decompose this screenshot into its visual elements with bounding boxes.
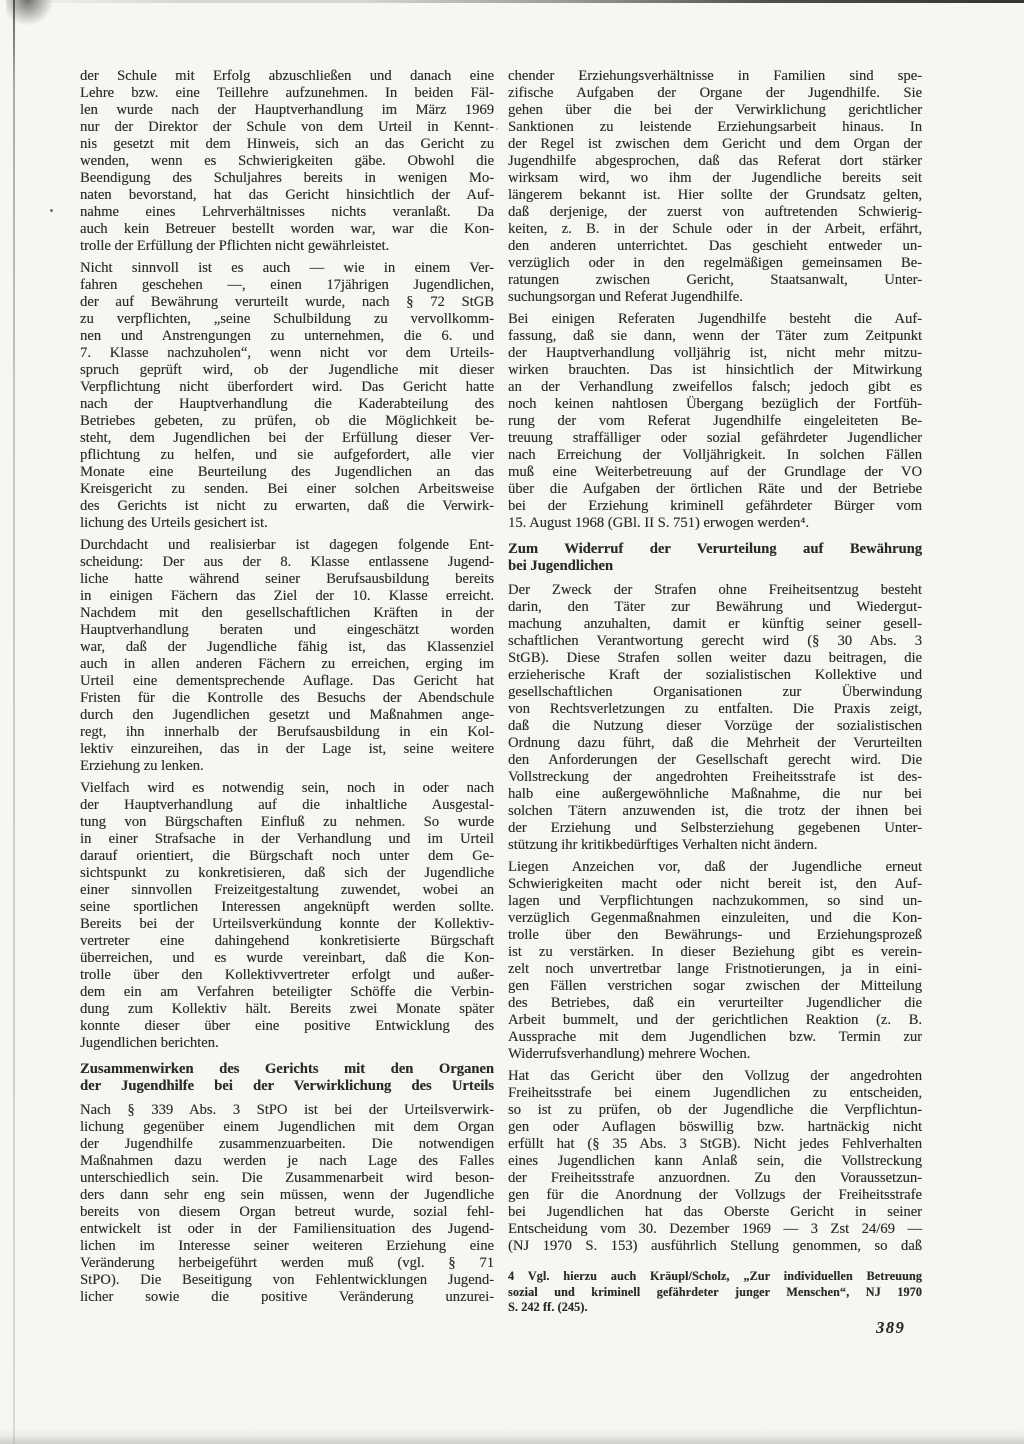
text-line: Nicht sinnvoll ist es auch — wie in eine… xyxy=(80,260,494,277)
text-line: Nach § 339 Abs. 3 StPO ist bei der Urtei… xyxy=(80,1102,494,1119)
text-line: der Erziehung und Selbsterziehung gegebe… xyxy=(508,820,922,837)
text-line: eines Jugendlichen kann Anlaß sein, die … xyxy=(508,1153,922,1170)
text-line: verzüglich Gegenmaßnahmen einzuleiten, u… xyxy=(508,910,922,927)
text-line: steht, dem Jugendlichen bei der Erfüllun… xyxy=(80,430,494,447)
text-line: der Jugendhilfe bei der Verwirklichung d… xyxy=(80,1078,494,1095)
scan-page: der Schule mit Erfolg abzuschließen und … xyxy=(0,0,1024,1444)
text-line: der Jugendhilfe zusammenzuarbeiten. Die … xyxy=(80,1136,494,1153)
text-line: lichung des Urteils gesichert ist. xyxy=(80,515,494,532)
text-line: in einigen Fächern das Ziel der 10. Klas… xyxy=(80,588,494,605)
text-line: licher sowie die positive Veränderung un… xyxy=(80,1289,494,1306)
text-line: verzüglich oder in den regelmäßigen geme… xyxy=(508,255,922,272)
text-line: stützung ihr kritikbedürftiges Verhalten… xyxy=(508,837,922,854)
paragraph: Der Zweck der Strafen ohne Freiheitsentz… xyxy=(508,582,922,854)
scan-speck xyxy=(50,209,53,212)
text-line: über die Aufgaben der örtlichen Räte und… xyxy=(508,481,922,498)
scan-speck xyxy=(496,128,498,130)
text-line: Bereits bei der Urteilsverkündung konnte… xyxy=(80,916,494,933)
text-line: nach der Hauptverhandlung die Kaderabtei… xyxy=(80,396,494,413)
text-line: nis gesetzt mit dem Hinweis, sich an das… xyxy=(80,136,494,153)
text-line: fahren geschehen —, einen 17jährigen Jug… xyxy=(80,277,494,294)
scan-corner-smudge xyxy=(6,0,54,26)
text-line: keiten, z. B. in der Schule oder in der … xyxy=(508,221,922,238)
text-line: bei Jugendlichen hat das Oberste Gericht… xyxy=(508,1204,922,1221)
paragraph: der Schule mit Erfolg abzuschließen und … xyxy=(80,68,494,255)
paragraph: Liegen Anzeichen vor, daß der Jugendlich… xyxy=(508,859,922,1063)
text-line: der Regel ist zwischen dem Gericht und d… xyxy=(508,136,922,153)
text-line: Betriebes gebeten, zu prüfen, ob die Mög… xyxy=(80,413,494,430)
text-line: wenden, wenn es Schwierigkeiten gäbe. Ob… xyxy=(80,153,494,170)
text-line: StGB). Diese Strafen sollen weiter dazu … xyxy=(508,650,922,667)
text-line: (NJ 1970 S. 153) ausführlich Stellung ge… xyxy=(508,1238,922,1255)
text-line: trolle der Erfüllung der Pflichten nicht… xyxy=(80,238,494,255)
text-line: der Schule mit Erfolg abzuschließen und … xyxy=(80,68,494,85)
text-line: der Hauptverhandlung volljährig ist, nic… xyxy=(508,345,922,362)
paragraph: chender Erziehungsverhältnisse in Famili… xyxy=(508,68,922,306)
text-line: unterschiedlich sein. Die Zusammenarbeit… xyxy=(80,1170,494,1187)
text-line: daß die Nutzung dieser Vorzüge der sozia… xyxy=(508,718,922,735)
text-line: bei Jugendlichen xyxy=(508,558,922,575)
text-line: der Hauptverhandlung auf die inhaltliche… xyxy=(80,797,494,814)
text-line: nach Erreichung der Volljährigkeit. In s… xyxy=(508,447,922,464)
text-line: den anderen unterrichtet. Das geschieht … xyxy=(508,238,922,255)
paragraph: Bei einigen Referaten Jugendhilfe besteh… xyxy=(508,311,922,532)
text-line: nur der Direktor der Schule von dem Urte… xyxy=(80,119,494,136)
text-line: Zusammenwirken des Gerichts mit den Orga… xyxy=(80,1061,494,1078)
text-line: Vielfach wird es notwendig sein, noch in… xyxy=(80,780,494,797)
text-line: treuung straffälliger oder sozial gefähr… xyxy=(508,430,922,447)
text-line: Veränderung herbeigeführt werden muß (vg… xyxy=(80,1255,494,1272)
text-line: zelt noch unvertretbar lange Fristnotier… xyxy=(508,961,922,978)
text-line: ratungen zwischen Gericht, Staatsanwalt,… xyxy=(508,272,922,289)
text-line: auch in allen anderen Fächern zu erreich… xyxy=(80,656,494,673)
text-line: des Betriebes, daß ein verurteilter Juge… xyxy=(508,995,922,1012)
text-line: lektiv einzureihen, das in der Lage ist,… xyxy=(80,741,494,758)
text-line: 15. August 1968 (GBl. II S. 751) erwogen… xyxy=(508,515,922,532)
text-line: lagen und Verpflichtungen nachzukommen, … xyxy=(508,893,922,910)
text-line: Verpflichtung nicht überfordert wird. Da… xyxy=(80,379,494,396)
text-line: pflichtung zu helfen, und sie aufgeforde… xyxy=(80,447,494,464)
page-number: 389 xyxy=(876,1318,905,1338)
text-line: so ist zu prüfen, ob der Jugendliche die… xyxy=(508,1102,922,1119)
text-line: Schwierigkeiten macht oder nicht bereit … xyxy=(508,876,922,893)
text-line: des Gerichts ist nicht zu erwarten, daß … xyxy=(80,498,494,515)
text-line: dung zum Kollektiv hält. Bereits zwei Mo… xyxy=(80,1001,494,1018)
text-line: lichen im Interesse seiner weiteren Erzi… xyxy=(80,1238,494,1255)
text-line: StPO). Die Beseitigung von Fehlentwicklu… xyxy=(80,1272,494,1289)
text-line: gesellschaftlichen Organisationen zur Üb… xyxy=(508,684,922,701)
text-line: der auf Bewährung verurteilt wurde, nach… xyxy=(80,294,494,311)
text-line: len wurde nach der Hauptverhandlung im M… xyxy=(80,102,494,119)
text-line: noch keinen nahtlosen Übergang bezüglich… xyxy=(508,396,922,413)
text-line: entwickelt ist oder in der Familiensitua… xyxy=(80,1221,494,1238)
text-line: nahme eines Lehrverhältnisses nichts ver… xyxy=(80,204,494,221)
text-line: 7. Klasse nachzuholen“, wenn nicht vor d… xyxy=(80,345,494,362)
text-line: S. 242 ff. (245). xyxy=(508,1300,922,1316)
text-line: 4 Vgl. hierzu auch Kräupl/Scholz, „Zur i… xyxy=(508,1269,922,1285)
text-line: Ordnung dazu führt, daß die Mehrheit der… xyxy=(508,735,922,752)
scan-left-edge-artifact xyxy=(13,0,15,1444)
text-line: Vollstreckung der angedrohten Freiheitss… xyxy=(508,769,922,786)
text-line: Bei einigen Referaten Jugendhilfe besteh… xyxy=(508,311,922,328)
text-line: nen und Anstrengungen zu unternehmen, di… xyxy=(80,328,494,345)
section-heading: Zum Widerruf der Verurteilung auf Bewähr… xyxy=(508,541,922,575)
text-line: lichung gegenüber einem Jugendlichen mit… xyxy=(80,1119,494,1136)
text-line: fassung, daß sie dann, wenn der Täter zu… xyxy=(508,328,922,345)
text-line: darauf orientiert, die Bürgschaft noch u… xyxy=(80,848,494,865)
text-line: regt, ihn innerhalb der Berufsausbildung… xyxy=(80,724,494,741)
text-line: an der Verhandlung zweifellos falsch; je… xyxy=(508,379,922,396)
text-line: Arbeit bummelt, und der gerichtlichen Re… xyxy=(508,1012,922,1029)
text-line: zu verpflichten, „seine Schulbildung zu … xyxy=(80,311,494,328)
footnote: 4 Vgl. hierzu auch Kräupl/Scholz, „Zur i… xyxy=(508,1269,922,1316)
text-line: Der Zweck der Strafen ohne Freiheitsentz… xyxy=(508,582,922,599)
paragraph: Nicht sinnvoll ist es auch — wie in eine… xyxy=(80,260,494,532)
text-line: durch den Jugendlichen gesetzt und Maßna… xyxy=(80,707,494,724)
column-left: der Schule mit Erfolg abzuschließen und … xyxy=(80,68,494,1311)
paragraph: Durchdacht und realisierbar ist dagegen … xyxy=(80,537,494,775)
text-line: seine sportlichen Interessen angeknüpft … xyxy=(80,899,494,916)
text-line: Hauptverhandlung beraten und eingeschätz… xyxy=(80,622,494,639)
scan-top-edge-artifact xyxy=(0,0,1024,3)
text-line: Zum Widerruf der Verurteilung auf Bewähr… xyxy=(508,541,922,558)
text-line: einer sinnvollen Freizeitgestaltung zuwe… xyxy=(80,882,494,899)
text-line: Erziehung zu lenken. xyxy=(80,758,494,775)
text-line: schaftlichen Verantwortung gerecht wird … xyxy=(508,633,922,650)
text-line: suchungsorgan und Referat Jugendhilfe. xyxy=(508,289,922,306)
text-line: Jugendhilfe abgesprochen, daß das Refera… xyxy=(508,153,922,170)
paragraph: Nach § 339 Abs. 3 StPO ist bei der Urtei… xyxy=(80,1102,494,1306)
text-line: trolle über den Kollektivvertreter erfol… xyxy=(80,967,494,984)
section-heading: Zusammenwirken des Gerichts mit den Orga… xyxy=(80,1061,494,1095)
text-line: daß derjenige, der zuerst von auftretend… xyxy=(508,204,922,221)
text-line: vertreter eine dahingehend konkretisiert… xyxy=(80,933,494,950)
text-line: Durchdacht und realisierbar ist dagegen … xyxy=(80,537,494,554)
text-line: muß eine Weiterbetreuung auf der Grundla… xyxy=(508,464,922,481)
text-line: darin, den Täter zur Bewährung und Wiede… xyxy=(508,599,922,616)
text-line: sozial und kriminell gefährdeter junger … xyxy=(508,1285,922,1301)
text-line: Aussprache mit dem Jugendlichen bzw. Ter… xyxy=(508,1029,922,1046)
text-line: den Anforderungen der Gesellschaft gerec… xyxy=(508,752,922,769)
text-line: machung anzuhalten, damit er künftig sei… xyxy=(508,616,922,633)
text-line: Hat das Gericht über den Vollzug der ang… xyxy=(508,1068,922,1085)
text-line: gen für die Anordnung der Vollzugs der F… xyxy=(508,1187,922,1204)
text-line: erzieherische Kraft der sozialistischen … xyxy=(508,667,922,684)
text-line: solchen Tätern anzuwenden ist, die trotz… xyxy=(508,803,922,820)
text-line: wirken brauchten. Das ist hinsichtlich d… xyxy=(508,362,922,379)
text-line: zifische Aufgaben der Organe der Jugendh… xyxy=(508,85,922,102)
text-line: Sanktionen zu leistende Erziehungsarbeit… xyxy=(508,119,922,136)
text-line: tung von Bürgschaften Einfluß zu nehmen.… xyxy=(80,814,494,831)
text-line: ist zu verstärken. In dieser Beziehung g… xyxy=(508,944,922,961)
scan-bottom-smudge xyxy=(0,1428,1024,1444)
text-line: Fristen für die Kontrolle des Besuchs de… xyxy=(80,690,494,707)
text-line: überreichen, und es wurde vereinbart, da… xyxy=(80,950,494,967)
text-line: gen oder Auflagen böswillig bzw. hartnäc… xyxy=(508,1119,922,1136)
paragraph: Vielfach wird es notwendig sein, noch in… xyxy=(80,780,494,1052)
text-line: konnte dieser über eine positive Entwick… xyxy=(80,1018,494,1035)
text-line: Urteil eine dementsprechende Auflage. Da… xyxy=(80,673,494,690)
text-line: rung der vom Referat Jugendhilfe eingele… xyxy=(508,413,922,430)
text-line: ders dann sehr eng sein müssen, wenn der… xyxy=(80,1187,494,1204)
text-line: trolle über den Bewährungs- und Erziehun… xyxy=(508,927,922,944)
text-line: liche hatte während seiner Berufsausbild… xyxy=(80,571,494,588)
text-line: Maßnahmen dazu werden je nach Lage des F… xyxy=(80,1153,494,1170)
text-line: spruch geprüft wird, ob der Jugendliche … xyxy=(80,362,494,379)
text-line: halb eine außergewöhnliche Maßnahme, die… xyxy=(508,786,922,803)
text-line: chender Erziehungsverhältnisse in Famili… xyxy=(508,68,922,85)
text-line: sichtspunkt zu konkretisieren, daß sich … xyxy=(80,865,494,882)
text-line: erfüllt hat (§ 35 Abs. 3 StGB). Nicht je… xyxy=(508,1136,922,1153)
text-line: Liegen Anzeichen vor, daß der Jugendlich… xyxy=(508,859,922,876)
text-line: bereits von diesem Organ betreut wurde, … xyxy=(80,1204,494,1221)
text-line: naten bevorstand, hat das Gericht hinsic… xyxy=(80,187,494,204)
text-line: gehen über die bei der Verwirklichung ge… xyxy=(508,102,922,119)
text-line: der Freiheitsstrafe anzuordnen. Zu den V… xyxy=(508,1170,922,1187)
text-line: bei der Erziehung kriminell gefährdeter … xyxy=(508,498,922,515)
text-line: Entscheidung vom 30. Dezember 1969 — 3 Z… xyxy=(508,1221,922,1238)
text-line: in einer Strafsache in der Verhandlung u… xyxy=(80,831,494,848)
text-line: gen Fällen verstrichen sogar zwischen de… xyxy=(508,978,922,995)
text-line: Freiheitsstrafe bei einem Jugendlichen z… xyxy=(508,1085,922,1102)
text-line: auch kein Betreuer bestellt worden war, … xyxy=(80,221,494,238)
text-line: dem ein am Verfahren beteiligter Schöffe… xyxy=(80,984,494,1001)
text-line: Jugendlichen berichten. xyxy=(80,1035,494,1052)
text-line: Beendigung des Schuljahres bereits in we… xyxy=(80,170,494,187)
paragraph: Hat das Gericht über den Vollzug der ang… xyxy=(508,1068,922,1255)
column-right: chender Erziehungsverhältnisse in Famili… xyxy=(508,68,922,1321)
text-line: längerem bekannt ist. Hier sollte der Gr… xyxy=(508,187,922,204)
text-line: Lehre bzw. eine Teillehre aufzunehmen. I… xyxy=(80,85,494,102)
text-line: Widerrufsverhandlung) mehrere Wochen. xyxy=(508,1046,922,1063)
text-line: war, daß der Jugendliche fähig ist, das … xyxy=(80,639,494,656)
text-line: scheidung: Der aus der 8. Klasse entlass… xyxy=(80,554,494,571)
text-line: von Rechtsverletzungen zu entfalten. Die… xyxy=(508,701,922,718)
text-line: Monate eine Beurteilung des Jugendlichen… xyxy=(80,464,494,481)
text-line: Kreisgericht zu senden. Bei einer solche… xyxy=(80,481,494,498)
text-line: wirksam wird, wo ihm der Jugendliche ber… xyxy=(508,170,922,187)
text-line: Nachdem mit den gesellschaftlichen Kräft… xyxy=(80,605,494,622)
